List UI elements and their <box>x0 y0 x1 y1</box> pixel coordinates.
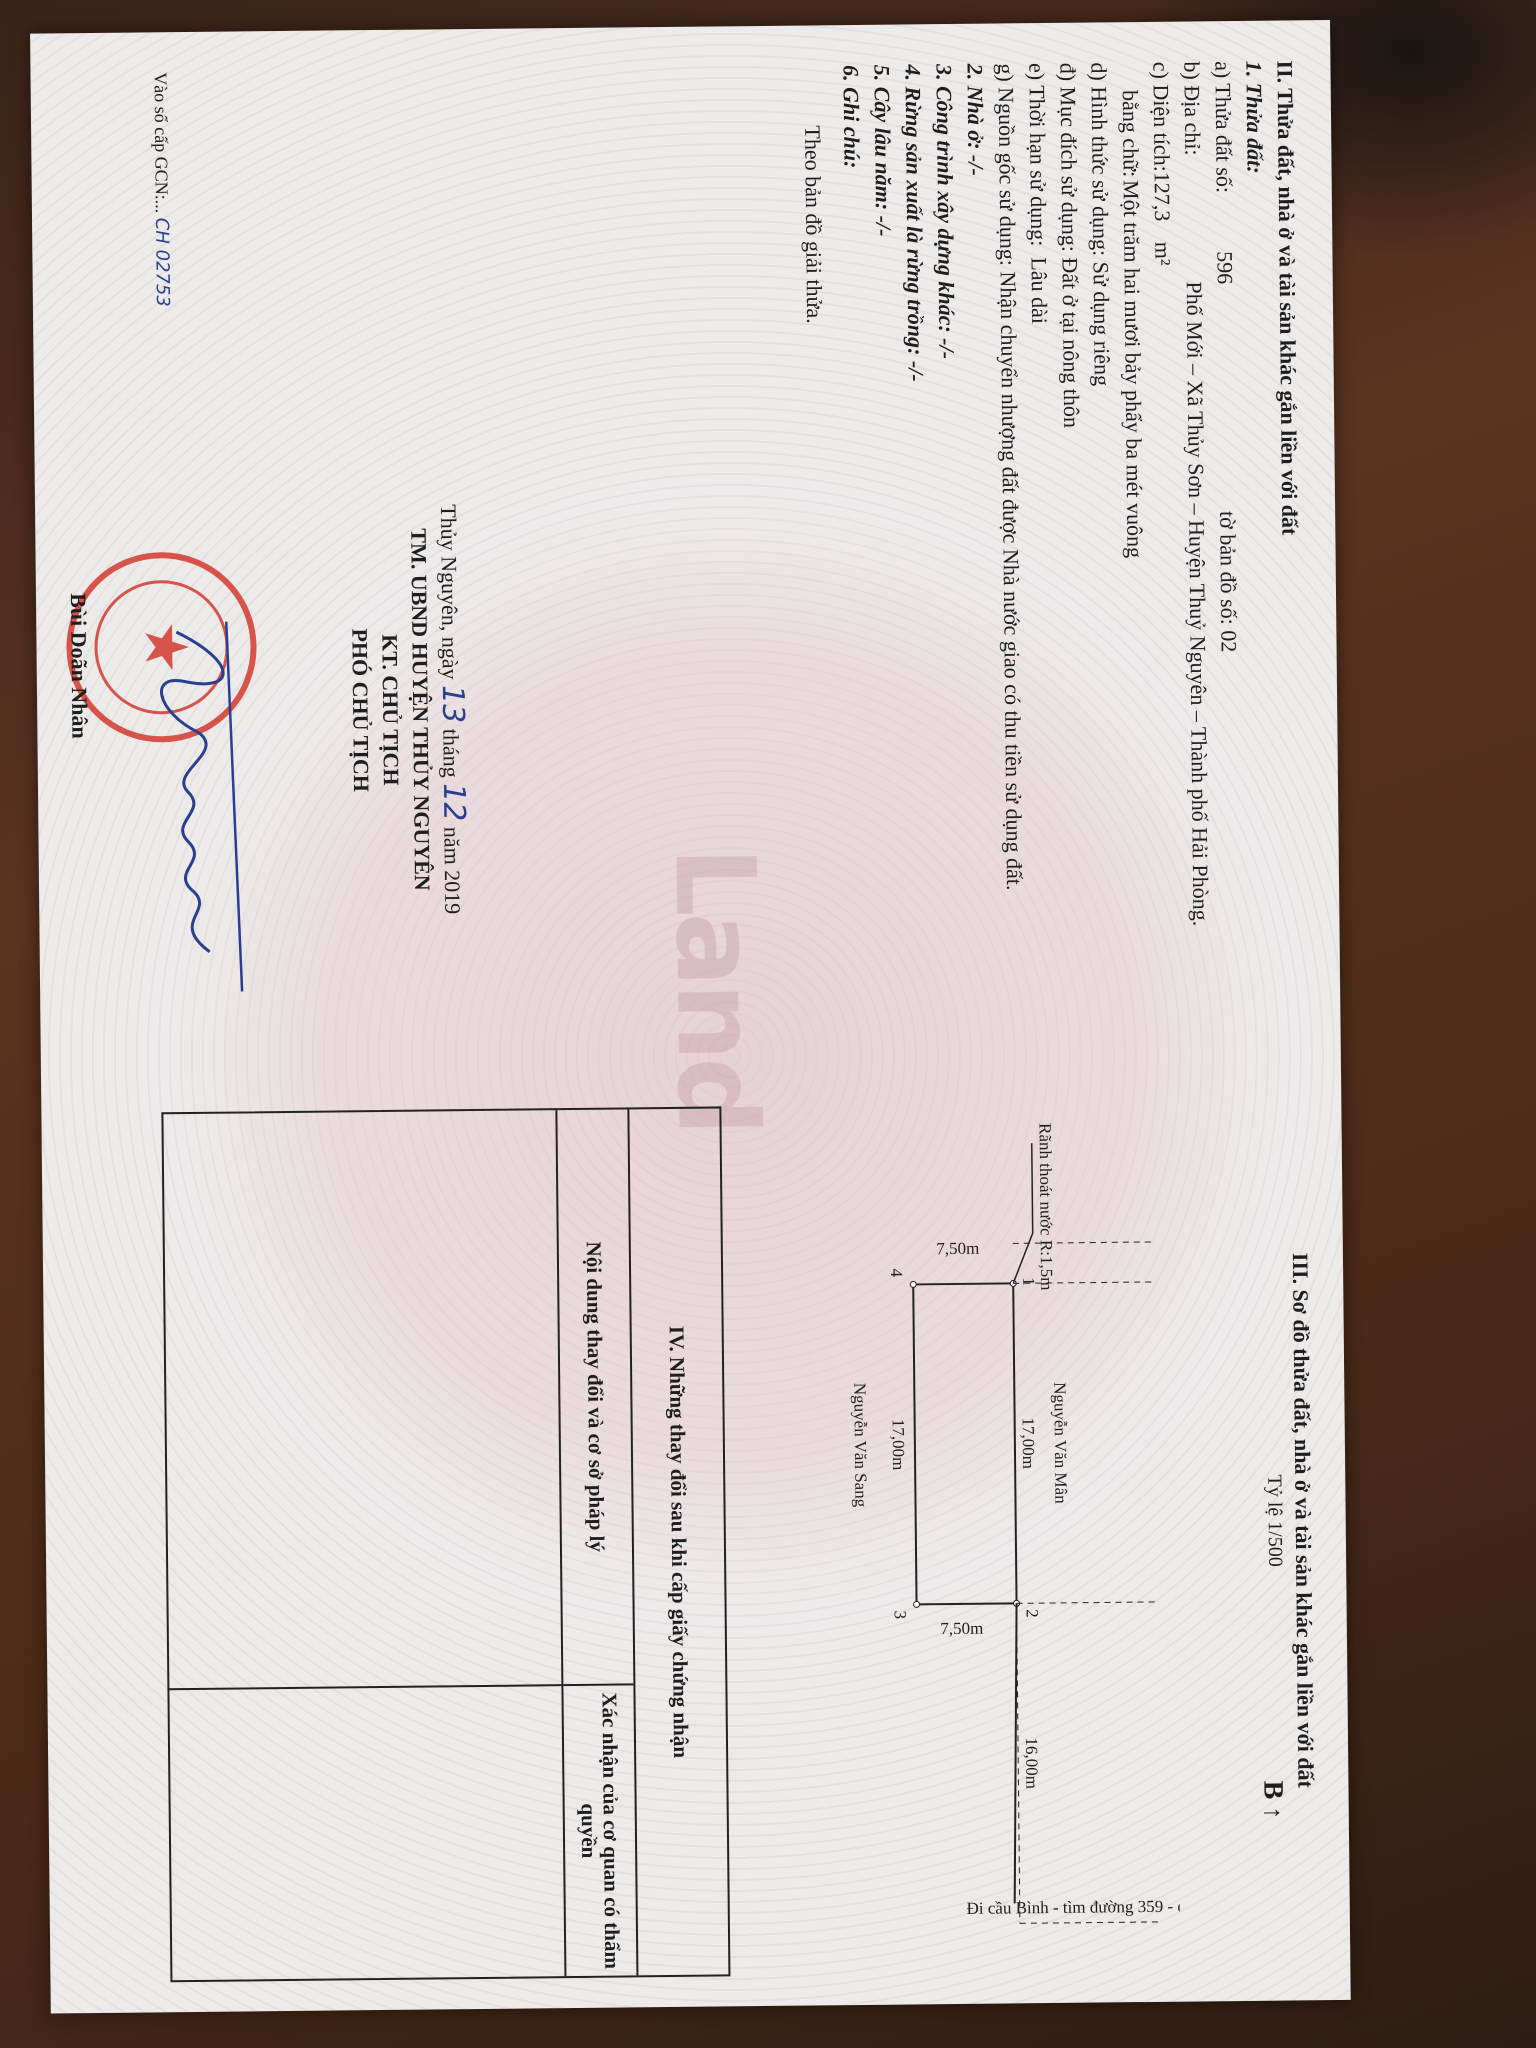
svg-text:Đi cầu Bình - tìm đường 359 -: Đi cầu Bình - tìm đường 359 - đi Núi Đèo <box>966 1896 1180 1918</box>
svg-text:3: 3 <box>891 1610 910 1619</box>
north-label: B <box>1257 1781 1288 1800</box>
map-scale: Tỷ lệ 1/500 <box>1258 1081 1290 1961</box>
change-content-cell <box>161 1110 561 1690</box>
area-unit: m² <box>1147 242 1178 266</box>
area-words-label: bằng chữ: <box>1115 90 1147 180</box>
svg-text:Rãnh thoát nước R:1,5m: Rãnh thoát nước R:1,5m <box>1036 1123 1057 1291</box>
parcel-label: a) Thửa đất số: <box>1207 61 1240 251</box>
purpose-value: Đất ở tại nông thôn <box>1054 257 1087 428</box>
parcel-number: 596 <box>1209 251 1243 511</box>
svg-text:17,00m: 17,00m <box>1019 1417 1039 1469</box>
section-iv-heading: IV. Những thay đổi sau khi cấp giấy chứn… <box>627 1108 728 1975</box>
map-sheet-label: tờ bản đồ số: <box>1212 511 1244 625</box>
origin-value: Nhận chuyển nhượng đất được Nhà nước gia… <box>993 271 1030 890</box>
area-words: Một trăm hai mươi bảy phẩy ba mét vuông <box>1116 180 1151 558</box>
date-prefix: Thủy Nguyên, ngày <box>436 504 463 680</box>
area-value: 127,3 <box>1147 172 1179 242</box>
issue-date: Thủy Nguyên, ngày 13 tháng 12 năm 2019 <box>432 449 469 969</box>
handwritten-signature <box>126 621 250 1002</box>
date-month: 12 <box>436 783 471 822</box>
registration-label: Vào sổ cấp GCN:... <box>150 72 171 213</box>
area-label: c) Diện tích: <box>1145 62 1177 172</box>
address-label: b) Địa chỉ: <box>1176 61 1209 251</box>
origin-label: g) Nguồn gốc sử dụng: <box>990 63 1023 266</box>
notes-text: Theo bản đồ giải thửa. <box>796 65 836 965</box>
signer-name: Bùi Doãn Nhân <box>65 593 93 739</box>
date-year: năm 2019 <box>439 827 465 915</box>
purpose-label: đ) Mục đích sử dụng: <box>1052 63 1085 252</box>
document-photo: Land II. Thửa đất, nhà ở và tài sản khác… <box>20 20 1330 2010</box>
svg-text:7,50m: 7,50m <box>936 1239 979 1258</box>
changes-table-header: Nội dung thay đổi và cơ sở pháp lý Xác n… <box>555 1109 636 1976</box>
month-label: tháng <box>438 729 464 778</box>
signature-block: Thủy Nguyên, ngày 13 tháng 12 năm 2019 T… <box>342 449 469 970</box>
watermark: Land <box>651 846 782 1133</box>
svg-text:16,00m: 16,00m <box>1022 1737 1042 1789</box>
svg-text:4: 4 <box>887 1269 906 1278</box>
registration-value: CH 02753 <box>151 218 173 307</box>
svg-text:7,50m: 7,50m <box>940 1619 983 1638</box>
changes-table-body <box>161 1110 564 1980</box>
svg-text:Nguyễn Văn Sang: Nguyễn Văn Sang <box>850 1383 870 1508</box>
svg-text:1: 1 <box>1019 1277 1038 1286</box>
arrow-up-icon: ↑ <box>1259 1806 1288 1819</box>
section-iii-heading: III. Sơ đồ thửa đất, nhà ở và tài sản kh… <box>1285 1080 1320 1960</box>
parcel-diagram: 12347,50m7,50m17,00m17,00m16,00mNguyễn V… <box>741 1102 1180 1966</box>
usage-form-label: d) Hình thức sử dụng: <box>1083 62 1116 256</box>
land-use-certificate-page: Land II. Thửa đất, nhà ở và tài sản khác… <box>30 20 1351 2014</box>
svg-text:2: 2 <box>1023 1609 1042 1618</box>
map-sheet-number: 02 <box>1213 630 1244 652</box>
usage-form-value: Sử dụng riêng <box>1086 261 1118 386</box>
term-value: Lâu dài <box>1023 257 1055 324</box>
issuing-org: TM. UBND HUYỆN THỦY NGUYÊN <box>402 449 437 969</box>
date-day: 13 <box>435 685 470 724</box>
section-iii: III. Sơ đồ thửa đất, nhà ở và tài sản kh… <box>1258 1080 1320 1961</box>
section-iv-changes-table: IV. Những thay đổi sau khi cấp giấy chứn… <box>161 1106 730 1982</box>
svg-text:Nguyễn Văn Mân: Nguyễn Văn Mân <box>1050 1382 1070 1504</box>
term-label: e) Thời hạn sử dụng: <box>1021 63 1054 247</box>
svg-text:17,00m: 17,00m <box>889 1419 909 1471</box>
confirmation-cell <box>167 1686 564 1980</box>
north-arrow: B ↑ <box>1256 1781 1288 1820</box>
col-change-content: Nội dung thay đổi và cơ sở pháp lý <box>557 1109 633 1686</box>
col-authority-confirmation: Xác nhận của cơ quan có thẩm quyền <box>563 1685 636 1976</box>
signer-position: PHÓ CHỦ TỊCH <box>342 450 377 970</box>
section-ii: II. Thửa đất, nhà ở và tài sản khác gắn … <box>796 60 1309 965</box>
registration-number: Vào sổ cấp GCN:... CH 02753 <box>149 72 172 307</box>
